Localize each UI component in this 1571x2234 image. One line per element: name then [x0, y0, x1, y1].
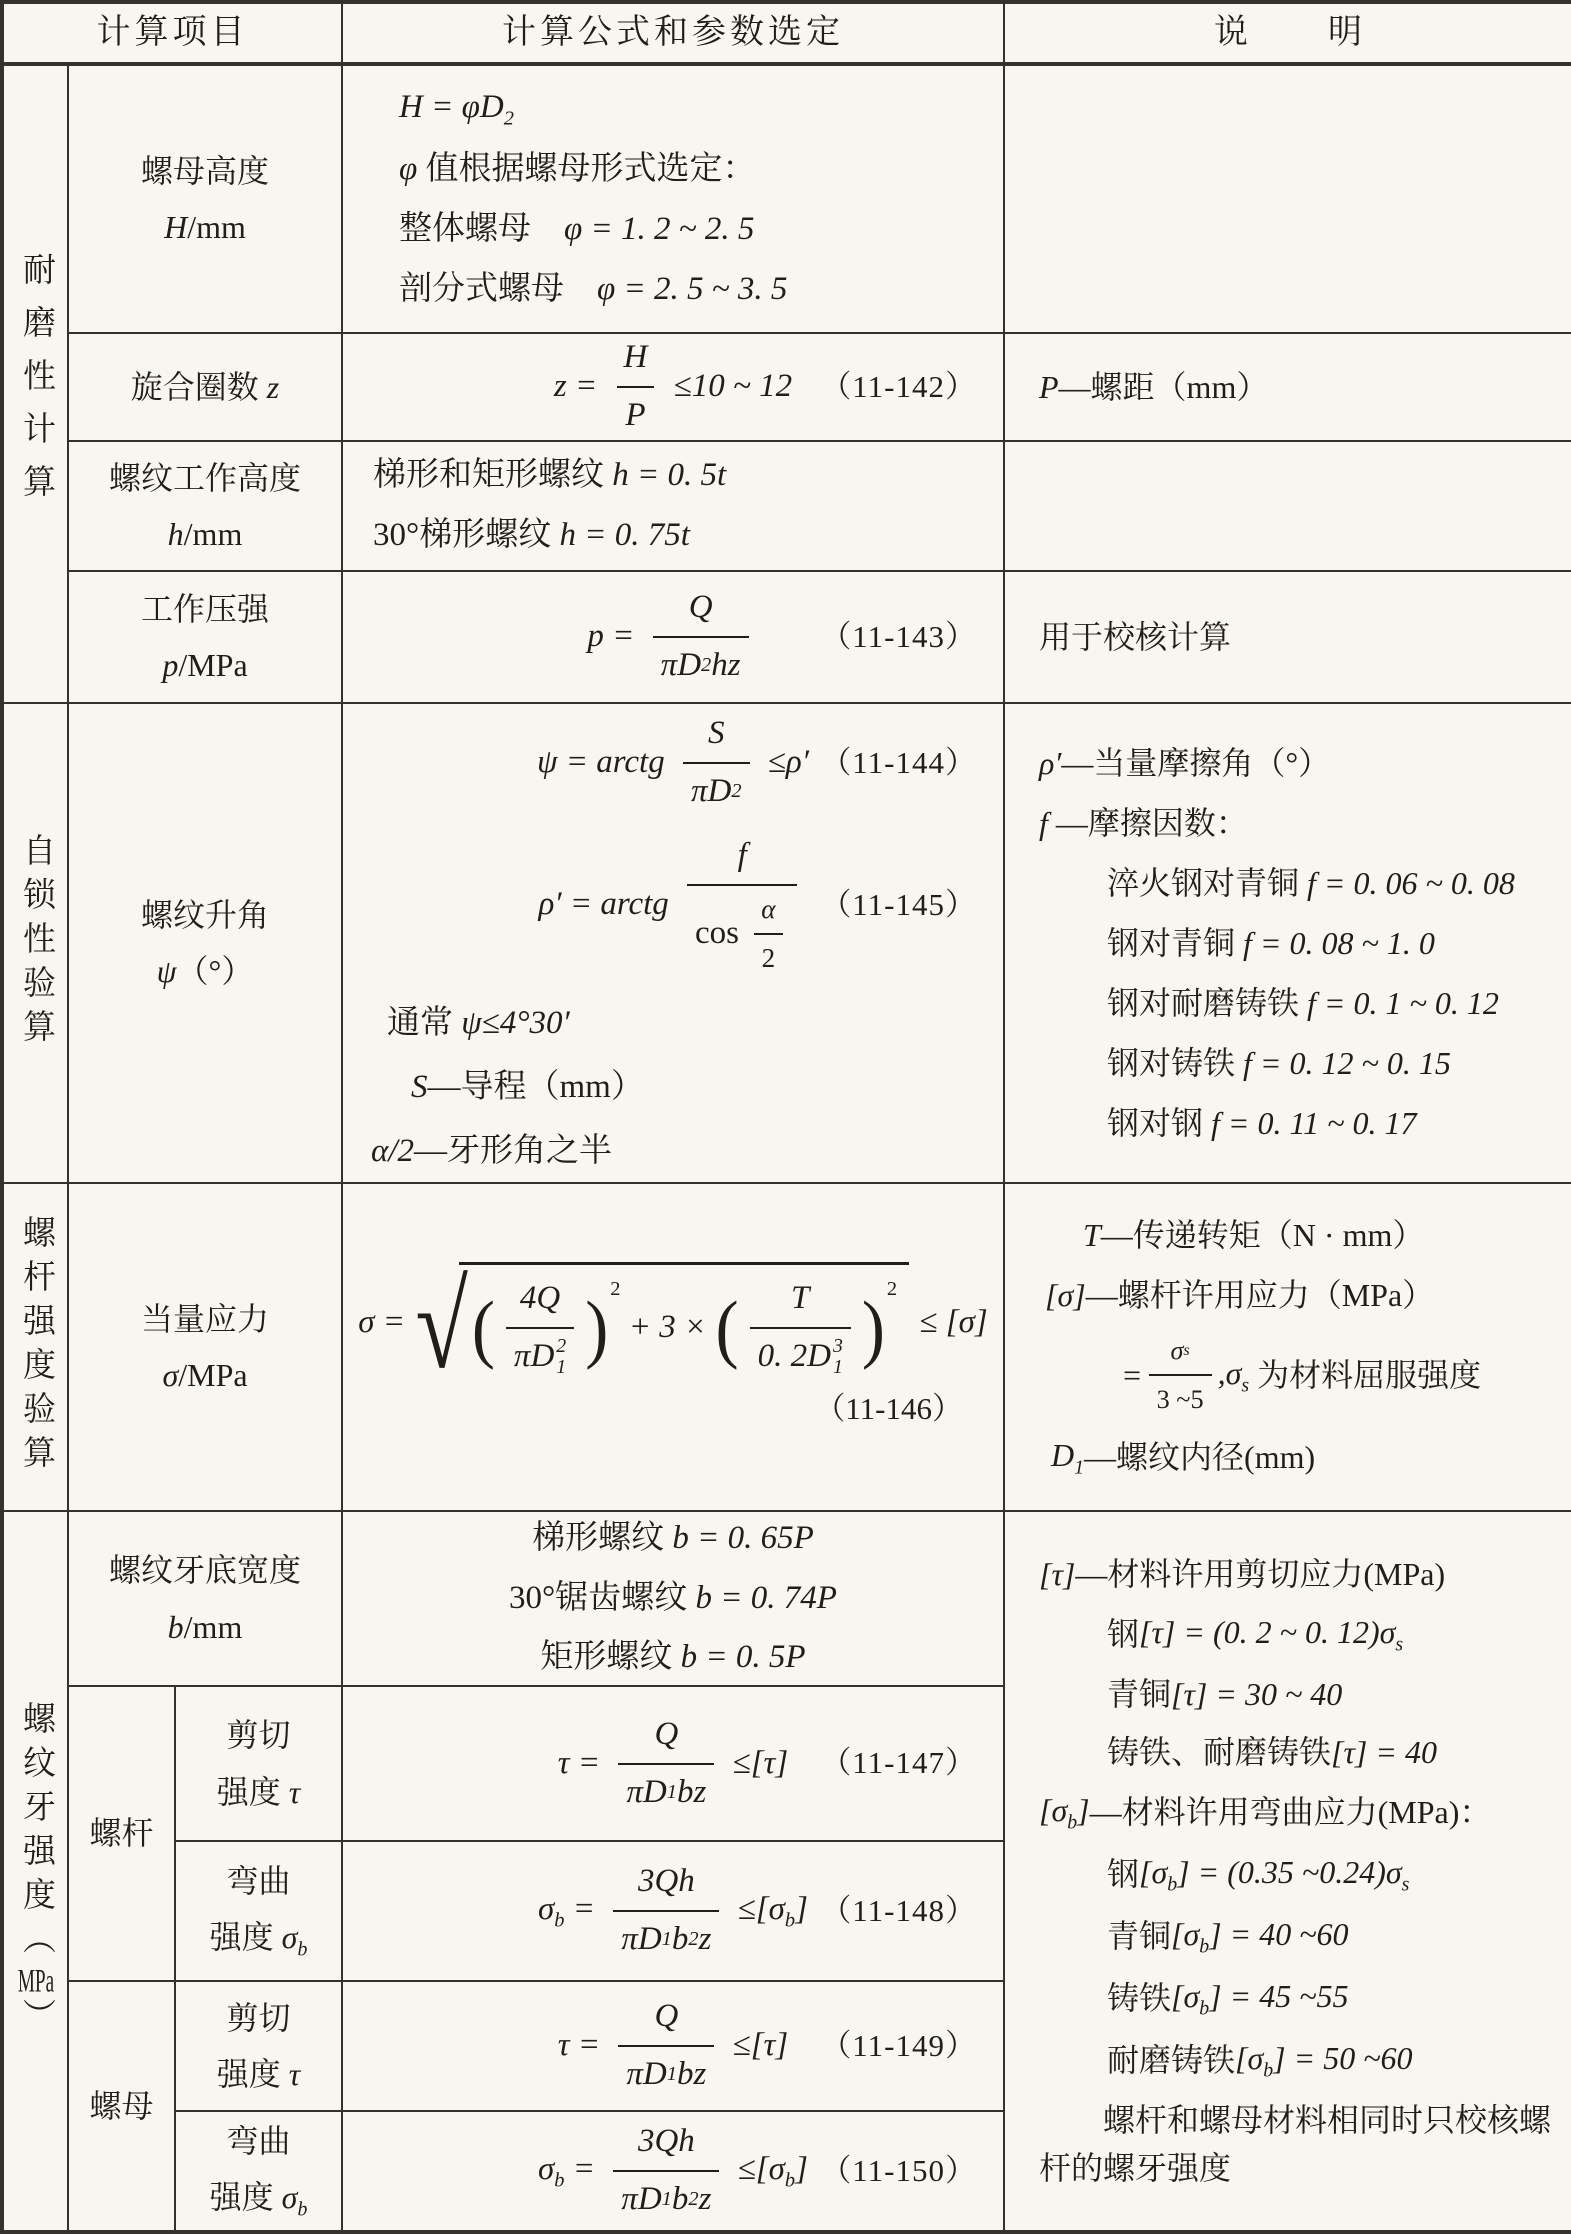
math-text: f = 0. 08 ~ 1. 0: [1243, 919, 1435, 967]
label-text: 强度: [210, 1914, 282, 1960]
numerator: Q: [646, 1711, 686, 1763]
denominator: 2: [754, 933, 784, 978]
formula-line: α/2—牙形角之半: [371, 1128, 1003, 1176]
item-tooth-root-width: 螺纹牙底宽度 b/mm: [69, 1512, 341, 1685]
fraction: f cos α2: [687, 832, 797, 978]
equation-11-142: z = HP ≤10 ~ 12 （11-142）: [343, 334, 1003, 440]
item-label: 弯曲: [226, 2118, 290, 2164]
note-line: D1—螺纹内径(mm): [1051, 1431, 1567, 1483]
label-text: 螺母: [89, 2083, 153, 2129]
math-text: φ = 1. 2 ~ 2. 5: [564, 206, 754, 254]
math-text: τ =: [558, 2022, 609, 2070]
symbol: z: [267, 364, 279, 410]
formula-working-pressure: p = QπD2hz （11-143）: [343, 572, 1003, 702]
math-text: ≤[τ]: [724, 2022, 788, 2070]
label-text: 钢: [1107, 1610, 1139, 1658]
equation-11-144: ψ = arctg SπD2 ≤ρ′ （11-144）: [343, 710, 1003, 816]
note-allowable-stresses: [τ]—材料许用剪切应力(MPa) 钢[τ] = (0. 2 ~ 0. 12)σ…: [1005, 1512, 1571, 2230]
fraction: T0. 2D31: [750, 1275, 851, 1381]
item-label: 螺纹升角: [141, 892, 269, 938]
header-calc-item: 计算项目: [4, 4, 341, 64]
scanned-handbook-page: 计算项目 计算公式和参数选定 说 明 耐磨性计算 螺母高度 H/mm H = φ…: [0, 0, 1571, 2234]
equation-number: （11-145）: [820, 883, 977, 928]
label-text: 螺杆: [89, 1810, 153, 1856]
formula-line: 矩形螺纹 b = 0. 5P: [540, 1634, 805, 1682]
note-line: [σb]—材料许用弯曲应力(MPa)：: [1039, 1786, 1567, 1838]
item-symbol: 强度 σb: [210, 2174, 308, 2224]
math-text: ≤[σb]: [729, 2146, 808, 2196]
group-label-wear-resistance: 耐磨性计算: [4, 66, 67, 702]
formula-engaged-turns: z = HP ≤10 ~ 12 （11-142）: [343, 334, 1003, 440]
label-text: 梯形和矩形螺纹: [373, 452, 612, 500]
label-text: —导程（mm）: [428, 1064, 644, 1112]
symbol: ψ: [157, 948, 177, 994]
fraction: QπD1bz: [618, 1711, 714, 1817]
math-text: [σb] = 45 ~55: [1171, 1972, 1349, 2024]
label-text: —当量摩擦角（°）: [1061, 739, 1330, 787]
label-text: 钢对钢: [1107, 1099, 1211, 1147]
label-text: 铸铁: [1107, 1974, 1171, 2022]
label-text: 钢对铸铁: [1107, 1039, 1243, 1087]
math-text: h = 0. 5t: [612, 452, 726, 500]
item-screw-bending-strength: 弯曲 强度 σb: [176, 1842, 341, 1980]
math-text: [σb] = 40 ~60: [1171, 1910, 1349, 1962]
item-nut-bending-strength: 弯曲 强度 σb: [176, 2112, 341, 2230]
item-symbol: 强度 σb: [210, 1914, 308, 1964]
item-label: 螺纹工作高度: [109, 455, 301, 501]
math-text: h = 0. 75t: [559, 512, 689, 560]
label-text: 铸铁、耐磨铸铁: [1107, 1728, 1331, 1776]
formula-line: S—导程（mm）: [411, 1064, 1003, 1112]
math-text: ,σs: [1218, 1349, 1250, 1401]
label-text: 旋合圈数: [131, 364, 267, 410]
denominator: πD1b2z: [613, 2170, 719, 2224]
item-symbol: b/mm: [168, 1604, 243, 1650]
formula-line: 整体螺母 φ = 1. 2 ~ 2. 5: [399, 206, 1003, 254]
equation-number: （11-147）: [820, 1741, 977, 1786]
numerator: H: [616, 334, 656, 386]
formula-line: H = φD2: [399, 84, 1003, 134]
equation-11-146: σ = √ ( 4QπD21 )2 + 3 × ( T0. 2D31 )2 ≤ …: [343, 1262, 1003, 1383]
unit: /mm: [184, 1604, 243, 1650]
label-text: 剖分式螺母: [399, 266, 597, 314]
numerator: f: [730, 832, 755, 884]
equation-11-148: σb = 3QhπD1b2z ≤[σb] （11-148）: [343, 1858, 1003, 1964]
item-symbol: ψ（°）: [157, 948, 254, 994]
radicand: ( 4QπD21 )2 + 3 × ( T0. 2D31 )2: [459, 1262, 909, 1383]
item-symbol: 强度 τ: [217, 2051, 300, 2097]
math-text: σb =: [538, 2146, 603, 2196]
fraction: QπD1bz: [618, 1993, 714, 2099]
item-symbol: σ/MPa: [162, 1352, 247, 1398]
equation-number: （11-143）: [820, 615, 977, 660]
label-text: ）: [18, 1998, 54, 2042]
note-line: =σs3 ~5,σs 为材料屈服强度: [1121, 1331, 1567, 1420]
item-engaged-turns: 旋合圈数 z: [69, 334, 341, 440]
group-label-text: 螺杆强度验算: [19, 1215, 52, 1479]
nested-fraction: α2: [753, 890, 783, 978]
math-text: ≤ [σ]: [911, 1299, 988, 1347]
item-label: 工作压强: [141, 586, 269, 632]
formula-lead-angle: ψ = arctg SπD2 ≤ρ′ （11-144） ρ′ = arctg f…: [343, 704, 1003, 1182]
item-lead-angle: 螺纹升角 ψ（°）: [69, 704, 341, 1182]
math-text: ≤[τ]: [724, 1740, 788, 1788]
group-label-text: 螺纹牙强度（MPa）: [19, 1701, 52, 2042]
formula-line: 剖分式螺母 φ = 2. 5 ~ 3. 5: [399, 266, 1003, 314]
numerator: Q: [646, 1993, 686, 2045]
symbol: p: [162, 642, 178, 688]
math-text: φ: [399, 146, 417, 194]
label-text: —材料许用剪切应力(MPa): [1075, 1550, 1445, 1598]
equation-11-145: ρ′ = arctg f cos α2 （11-145）: [343, 832, 1003, 978]
label-text: 强度: [210, 2174, 282, 2220]
item-symbol: h/mm: [168, 511, 243, 557]
numerator: T: [783, 1275, 817, 1327]
subgroup-label-nut: 螺母: [69, 1982, 174, 2230]
label-text: —摩擦因数：: [1056, 799, 1248, 847]
symbol: h: [168, 511, 184, 557]
paren-left: (: [472, 1305, 495, 1351]
symbol: b: [168, 1604, 184, 1650]
math-text: ≤ρ′: [760, 739, 809, 787]
denominator: πD2hz: [653, 636, 749, 690]
exponent: 2: [610, 1275, 620, 1305]
equation-11-149: τ = QπD1bz ≤[τ] （11-149）: [343, 1993, 1003, 2099]
note-line: P—螺距（mm）: [1039, 363, 1567, 411]
note-paragraph: 螺杆和螺母材料相同时只校核螺杆的螺牙强度: [1039, 2096, 1567, 2192]
math-text: [σb] = (0.35 ~0.24)σs: [1139, 1848, 1409, 1900]
item-nut-shear-strength: 剪切 强度 τ: [176, 1982, 341, 2110]
label-text: 钢对耐磨铸铁: [1107, 979, 1307, 1027]
note-friction-factors: ρ′—当量摩擦角（°） f —摩擦因数： 淬火钢对青铜 f = 0. 06 ~ …: [1005, 704, 1571, 1182]
item-label: 螺母高度: [141, 148, 269, 194]
subgroup-label-screw: 螺杆: [69, 1687, 174, 1980]
item-label: 螺纹牙底宽度: [109, 1547, 301, 1593]
item-thread-working-height: 螺纹工作高度 h/mm: [69, 442, 341, 570]
item-working-pressure: 工作压强 p/MPa: [69, 572, 341, 702]
denominator: πD2: [683, 762, 750, 816]
fraction: QπD2hz: [653, 584, 749, 690]
numerator: σs: [1162, 1331, 1197, 1374]
note-pitch: P—螺距（mm）: [1005, 334, 1571, 440]
math-text: f = 0. 1 ~ 0. 12: [1307, 979, 1499, 1027]
label-text: —传递转矩（N · mm）: [1101, 1211, 1425, 1259]
denominator: πD21: [506, 1327, 574, 1381]
unit: /mm: [184, 511, 243, 557]
formula-nut-shear: τ = QπD1bz ≤[τ] （11-149）: [343, 1982, 1003, 2110]
symbol: σb: [282, 2174, 308, 2224]
math-text: [τ] = (0. 2 ~ 0. 12)σs: [1139, 1608, 1403, 1660]
formula-line: 梯形螺纹 b = 0. 65P: [532, 1515, 814, 1563]
label-text: —螺纹内径(mm): [1084, 1433, 1315, 1481]
math-text: [σb] = 50 ~60: [1235, 2034, 1413, 2086]
math-text: =: [1121, 1351, 1143, 1399]
header-note: 说 明: [1005, 4, 1571, 64]
unit: /MPa: [178, 642, 247, 688]
math-text: σb =: [538, 1886, 603, 1936]
denominator: 0. 2D31: [750, 1327, 851, 1381]
note-line: 铸铁、耐磨铸铁[τ] = 40: [1107, 1728, 1567, 1776]
label-text: 强度: [217, 1769, 289, 1815]
denominator: πD1bz: [618, 2045, 714, 2099]
item-label: 剪切: [226, 1995, 290, 2041]
math-text: f = 0. 11 ~ 0. 17: [1211, 1099, 1416, 1147]
note-line: 钢对铸铁 f = 0. 12 ~ 0. 15: [1107, 1039, 1567, 1087]
label-text: —螺杆许用应力（MPa）: [1086, 1271, 1434, 1319]
note-line: f —摩擦因数：: [1039, 799, 1567, 847]
math-text: b = 0. 5P: [681, 1634, 806, 1682]
item-nut-height: 螺母高度 H/mm: [69, 66, 341, 332]
label-text: 30°锯齿螺纹: [509, 1575, 695, 1623]
formula-tooth-root-width: 梯形螺纹 b = 0. 65P 30°锯齿螺纹 b = 0. 74P 矩形螺纹 …: [343, 1512, 1003, 1685]
note-line: 铸铁[σb] = 45 ~55: [1107, 1972, 1567, 2024]
symbol: τ: [289, 2051, 300, 2097]
fraction: HP: [616, 334, 656, 440]
denominator: πD1bz: [618, 1763, 714, 1817]
label-text: 梯形螺纹: [532, 1515, 672, 1563]
math-text: S: [411, 1064, 428, 1112]
math-text: [σb]: [1039, 1786, 1090, 1838]
note-line: 耐磨铸铁[σb] = 50 ~60: [1107, 2034, 1567, 2086]
numerator: α: [753, 890, 783, 933]
math-text: ψ≤4°30′: [461, 1000, 570, 1048]
note-empty: [1005, 442, 1571, 570]
math-text: b = 0. 74P: [696, 1575, 837, 1623]
equation-number: （11-142）: [820, 365, 977, 410]
group-label-thread-strength: 螺纹牙强度（MPa）: [4, 1512, 67, 2230]
label-text: 强度: [217, 2051, 289, 2097]
math-text: ρ′: [1039, 739, 1061, 787]
symbol: σ: [162, 1352, 178, 1398]
math-text: H = φD2: [399, 84, 514, 134]
formula-line: 梯形和矩形螺纹 h = 0. 5t: [373, 452, 1003, 500]
note-checking-calc: 用于校核计算: [1005, 572, 1571, 702]
label-text: 矩形螺纹: [540, 1634, 680, 1682]
note-line: [τ]—材料许用剪切应力(MPa): [1039, 1550, 1567, 1598]
math-text: φ = 2. 5 ~ 3. 5: [597, 266, 787, 314]
note-line: ρ′—当量摩擦角（°）: [1039, 739, 1567, 787]
label-text: 30°梯形螺纹: [373, 512, 559, 560]
item-label: 剪切: [226, 1712, 290, 1758]
unit: （°）: [177, 948, 254, 994]
label-text: 值根据螺母形式选定：: [417, 146, 755, 194]
numerator: 3Qh: [630, 1858, 703, 1910]
exponent: 2: [887, 1275, 897, 1305]
label-text: —牙形角之半: [414, 1128, 612, 1176]
equation-11-143: p = QπD2hz （11-143）: [343, 584, 1003, 690]
fraction: 3QhπD1b2z: [613, 1858, 719, 1964]
label-text: 青铜: [1107, 1912, 1171, 1960]
paren-right: ): [585, 1305, 608, 1351]
formula-line: 30°锯齿螺纹 b = 0. 74P: [509, 1575, 837, 1623]
formula-working-height: 梯形和矩形螺纹 h = 0. 5t 30°梯形螺纹 h = 0. 75t: [343, 442, 1003, 570]
math-text: b = 0. 65P: [672, 1515, 813, 1563]
paren-left: (: [716, 1305, 739, 1351]
formula-nut-height: H = φD2 φ 值根据螺母形式选定： 整体螺母 φ = 1. 2 ~ 2. …: [343, 66, 1003, 332]
group-label-text: 耐磨性计算: [19, 252, 52, 517]
label-text: 用于校核计算: [1039, 613, 1231, 661]
equation-number: （11-144）: [820, 741, 977, 786]
label-text: —材料许用弯曲应力(MPa)：: [1090, 1788, 1492, 1836]
math-text: [τ]: [1039, 1550, 1075, 1598]
formula-equivalent-stress: σ = √ ( 4QπD21 )2 + 3 × ( T0. 2D31 )2 ≤ …: [343, 1184, 1003, 1510]
item-symbol: p/MPa: [162, 642, 247, 688]
formula-nut-bending: σb = 3QhπD1b2z ≤[σb] （11-150）: [343, 2112, 1003, 2230]
label-text: 钢对青铜: [1107, 919, 1243, 967]
numerator: Q: [681, 584, 721, 636]
math-text: τ =: [558, 1740, 609, 1788]
item-label: 弯曲: [226, 1858, 290, 1904]
header-formula: 计算公式和参数选定: [343, 4, 1003, 64]
group-label-text: 自锁性验算: [19, 833, 52, 1053]
note-line: 青铜[σb] = 40 ~60: [1107, 1910, 1567, 1962]
item-symbol: 强度 τ: [217, 1769, 300, 1815]
label-text: 钢: [1107, 1850, 1139, 1898]
square-root: √ ( 4QπD21 )2 + 3 × ( T0. 2D31 )2: [415, 1262, 909, 1383]
calculation-table: 计算项目 计算公式和参数选定 说 明 耐磨性计算 螺母高度 H/mm H = φ…: [0, 0, 1571, 2234]
math-text: ≤[σb]: [729, 1886, 808, 1936]
note-line: 钢对青铜 f = 0. 08 ~ 1. 0: [1107, 919, 1567, 967]
denominator: πD1b2z: [613, 1910, 719, 1964]
note-line: 钢[σb] = (0.35 ~0.24)σs: [1107, 1848, 1567, 1900]
label-text: 整体螺母: [399, 206, 564, 254]
symbol: H: [164, 204, 187, 250]
denominator: cos α2: [687, 884, 797, 978]
math-text: f: [1039, 799, 1056, 847]
note-torque-allowable-stress: T—传递转矩（N · mm） [σ]—螺杆许用应力（MPa） =σs3 ~5,σ…: [1005, 1184, 1571, 1510]
note-line: 青铜[τ] = 30 ~ 40: [1107, 1670, 1567, 1718]
numerator: 4Q: [512, 1275, 568, 1327]
item-label: 当量应力: [141, 1296, 269, 1342]
fraction: σs3 ~5: [1149, 1331, 1212, 1420]
unit: /mm: [187, 204, 246, 250]
unit: MPa: [18, 1965, 54, 1998]
math-text: f = 0. 12 ~ 0. 15: [1243, 1039, 1451, 1087]
label-text: 耐磨铸铁: [1107, 2036, 1235, 2084]
math-text: p =: [587, 613, 642, 661]
paren-right: ): [862, 1305, 885, 1351]
formula-line: φ 值根据螺母形式选定：: [399, 146, 1003, 194]
note-empty: [1005, 66, 1571, 332]
math-text: cos: [695, 910, 747, 958]
symbol: τ: [289, 1769, 300, 1815]
label-text: 螺纹牙强度（: [18, 1701, 54, 1965]
item-label: 旋合圈数 z: [131, 364, 279, 410]
label-text: 青铜: [1107, 1670, 1171, 1718]
group-label-screw-strength: 螺杆强度验算: [4, 1184, 67, 1510]
note-line: T—传递转矩（N · mm）: [1083, 1211, 1567, 1259]
formula-screw-shear: τ = QπD1bz ≤[τ] （11-147）: [343, 1687, 1003, 1840]
note-line: 用于校核计算: [1039, 613, 1567, 661]
equation-number: （11-150）: [820, 2149, 977, 2194]
denominator: P: [617, 386, 653, 440]
math-text: [σ]: [1045, 1271, 1086, 1319]
note-line: 钢对耐磨铸铁 f = 0. 1 ~ 0. 12: [1107, 979, 1567, 1027]
numerator: 3Qh: [630, 2118, 703, 2170]
math-text: z =: [554, 363, 606, 411]
radical-sign: √: [415, 1271, 468, 1381]
math-text: + 3 ×: [620, 1304, 714, 1352]
unit: /MPa: [178, 1352, 247, 1398]
math-text: σ =: [358, 1299, 413, 1347]
formula-line: 30°梯形螺纹 h = 0. 75t: [373, 512, 1003, 560]
label-text: —螺距（mm）: [1059, 363, 1269, 411]
fraction: SπD2: [683, 710, 750, 816]
equation-number: （11-149）: [820, 2024, 977, 2069]
equation-11-147: τ = QπD1bz ≤[τ] （11-147）: [343, 1711, 1003, 1817]
item-equivalent-stress: 当量应力 σ/MPa: [69, 1184, 341, 1510]
group-label-self-locking: 自锁性验算: [4, 704, 67, 1182]
math-text: [τ] = 30 ~ 40: [1171, 1670, 1342, 1718]
label-text: 为材料屈服强度: [1249, 1351, 1481, 1399]
math-text: ≤10 ~ 12: [665, 363, 792, 411]
math-text: D1: [1051, 1431, 1084, 1483]
math-text: α/2: [371, 1128, 414, 1176]
fraction: 4QπD21: [506, 1275, 574, 1381]
math-text: ρ′ = arctg: [539, 881, 678, 929]
formula-screw-bending: σb = 3QhπD1b2z ≤[σb] （11-148）: [343, 1842, 1003, 1980]
label-text: 通常: [387, 1000, 461, 1048]
math-text: T: [1083, 1211, 1101, 1259]
numerator: S: [700, 710, 733, 762]
item-screw-shear-strength: 剪切 强度 τ: [176, 1687, 341, 1840]
math-text: P: [1039, 363, 1059, 411]
fraction: 3QhπD1b2z: [613, 2118, 719, 2224]
note-line: 钢对钢 f = 0. 11 ~ 0. 17: [1107, 1099, 1567, 1147]
label-text: 淬火钢对青铜: [1107, 859, 1307, 907]
equation-11-150: σb = 3QhπD1b2z ≤[σb] （11-150）: [343, 2118, 1003, 2224]
math-text: [τ] = 40: [1331, 1728, 1437, 1776]
equation-number: （11-146）: [814, 1391, 963, 1426]
math-text: f = 0. 06 ~ 0. 08: [1307, 859, 1515, 907]
formula-line: 通常 ψ≤4°30′: [387, 1000, 1003, 1048]
note-line: [σ]—螺杆许用应力（MPa）: [1045, 1271, 1567, 1319]
denominator: 3 ~5: [1149, 1374, 1212, 1419]
note-line: 淬火钢对青铜 f = 0. 06 ~ 0. 08: [1107, 859, 1567, 907]
equation-number: （11-148）: [820, 1889, 977, 1934]
note-line: 钢[τ] = (0. 2 ~ 0. 12)σs: [1107, 1608, 1567, 1660]
symbol: σb: [282, 1914, 308, 1964]
math-text: ψ = arctg: [537, 739, 673, 787]
item-symbol: H/mm: [164, 204, 246, 250]
